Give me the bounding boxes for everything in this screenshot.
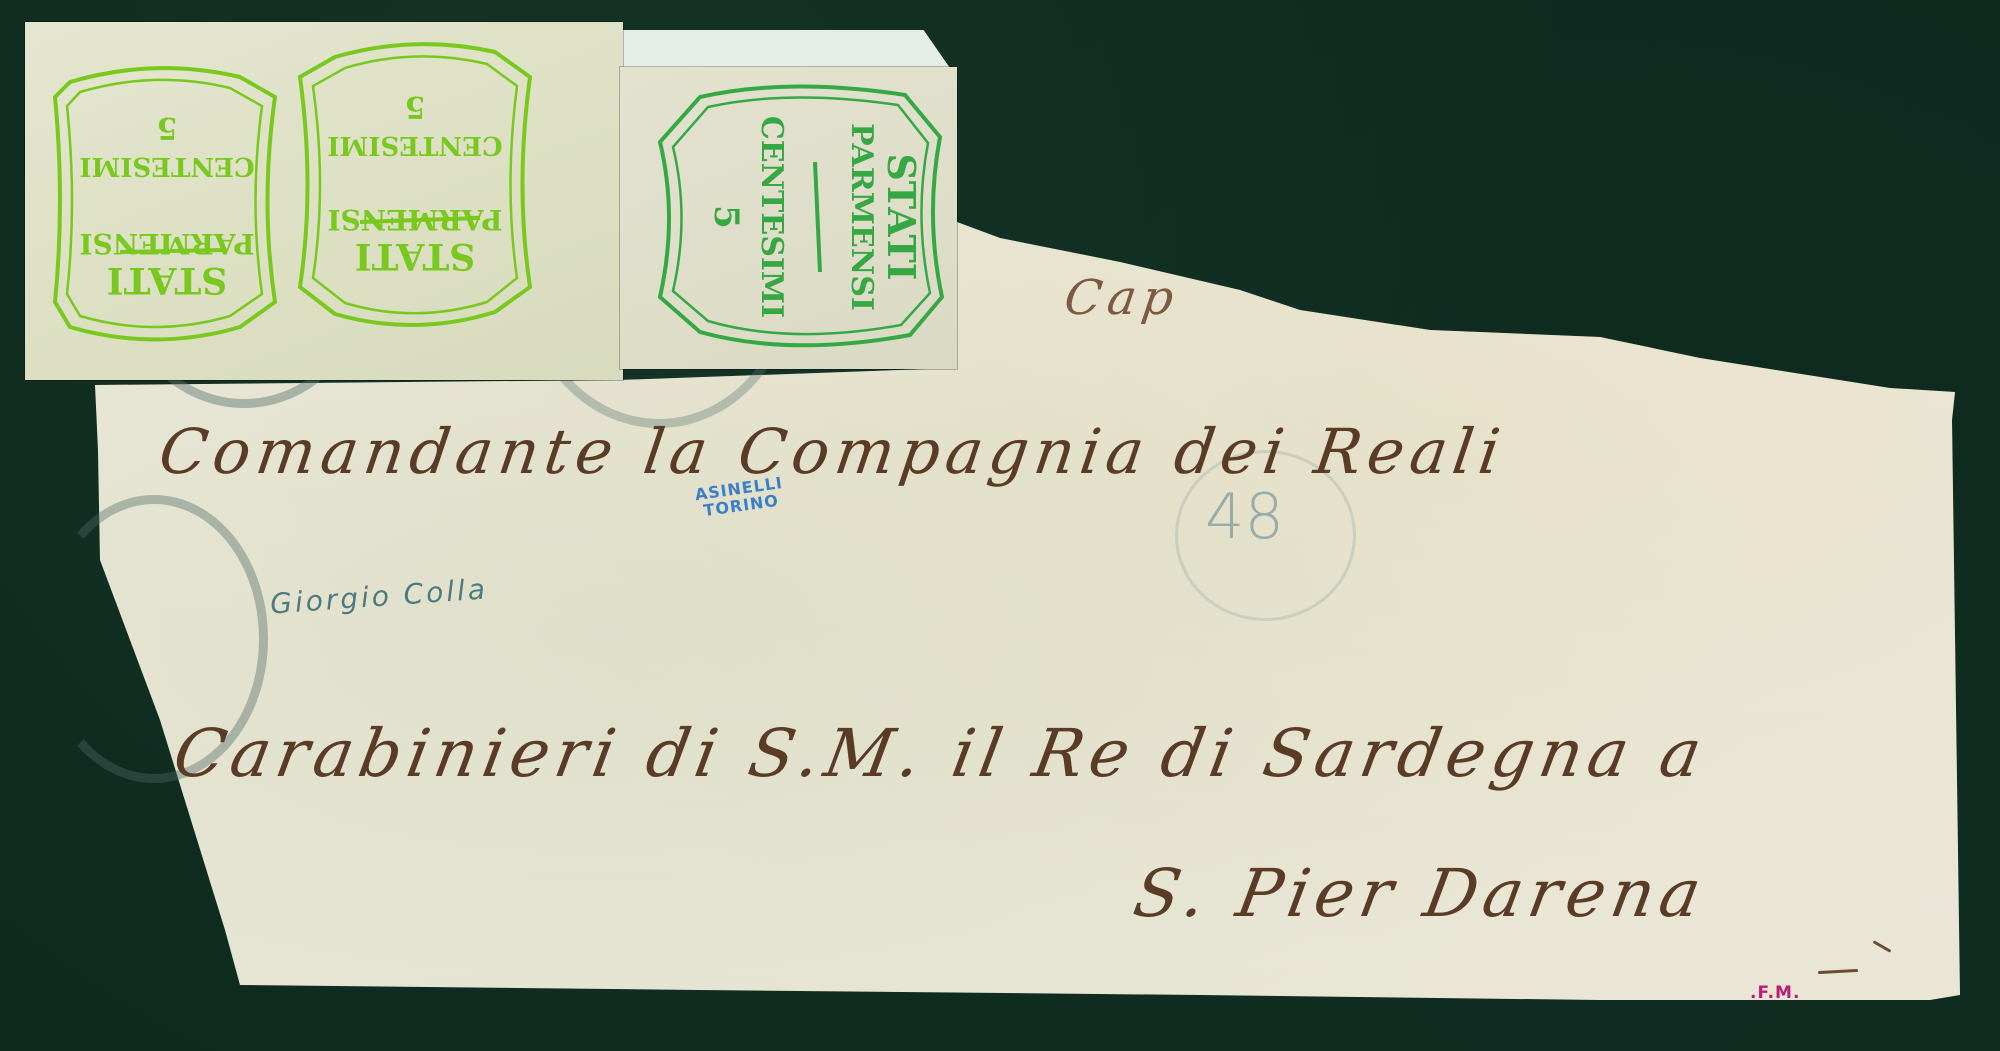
stamp-3-value: 5 <box>706 205 746 229</box>
stamp-single: STATI PARMENSI CENTESIMI 5 <box>620 67 957 369</box>
stamp-2-country: STATI <box>355 235 475 277</box>
stamp-2-denomination: CENTESIMI <box>327 130 502 160</box>
stamp-3-denomination: CENTESIMI <box>754 116 789 318</box>
stamp-1-denomination: CENTESIMI <box>79 151 254 181</box>
stamp-3-country2: PARMENSI <box>844 123 879 311</box>
stamp-3-country: STATI <box>879 153 924 280</box>
stamp-1-country2: PARMENSI <box>79 227 254 260</box>
address-line-2: Carabinieri di S.M. il Re di Sardegna a <box>168 715 1713 792</box>
address-line-1: Comandante la Compagnia dei Reali <box>155 415 1510 488</box>
stamp-2-country2: PARMENSI <box>327 203 502 236</box>
pencil-number: 48 <box>1205 480 1284 553</box>
stamp-pair-art: STATI PARMENSI CENTESIMI 5 STATI PARMENS… <box>25 22 623 380</box>
address-line-3: S. Pier Darena <box>1128 855 1712 932</box>
stamp-pair: STATI PARMENSI CENTESIMI 5 STATI PARMENS… <box>25 22 623 380</box>
stamp-2-value: 5 <box>405 89 426 124</box>
stamp-1-value: 5 <box>157 110 178 145</box>
paper-top-strip <box>620 30 950 68</box>
handwritten-cap: Cap <box>1061 270 1183 326</box>
expert-signature-mark: .F.M. <box>1750 983 1800 1003</box>
stamp-single-art: STATI PARMENSI CENTESIMI 5 <box>620 67 957 369</box>
stamp-1-country: STATI <box>107 259 227 301</box>
